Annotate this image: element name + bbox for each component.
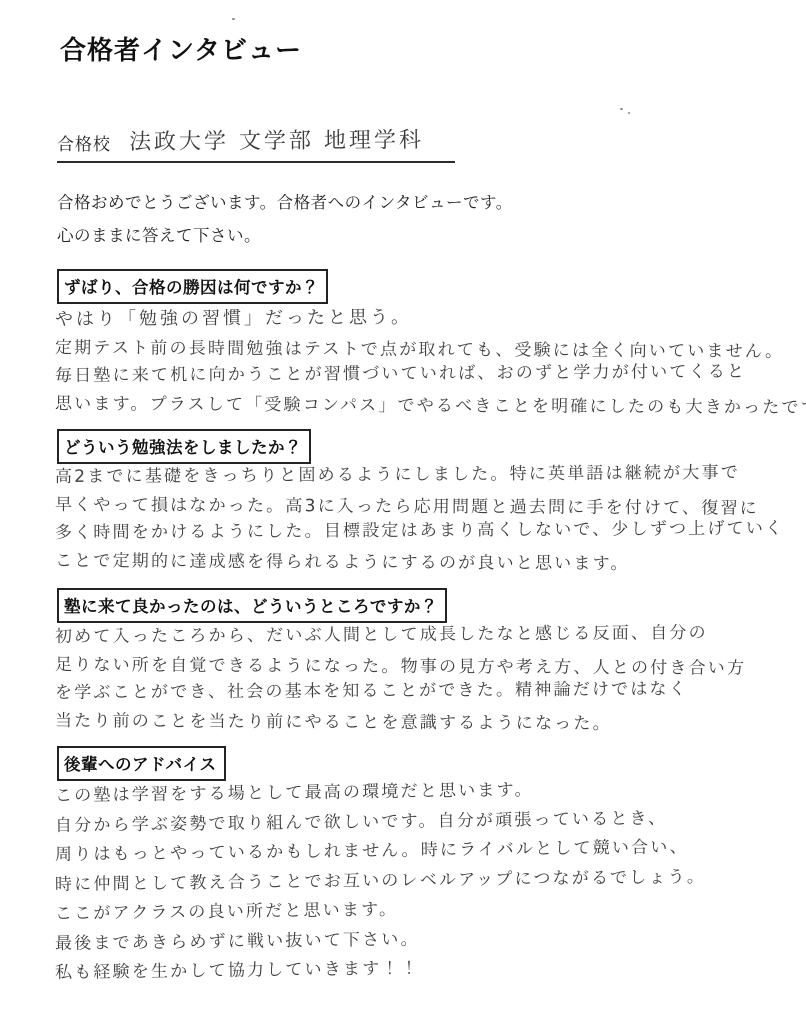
question-box-good-points: 塾に来て良かったのは、どういうところですか？ <box>57 588 447 623</box>
question-box-win-factor: ずばり、合格の勝因は何ですか？ <box>57 269 328 304</box>
answer-good-points: 初めて入ったころから、だいぶ人間として成長したなと感じる反面、自分の 足りない所… <box>55 623 746 735</box>
answer-line: 高2までに基礎をきっちりと固めるようにしました。特に英単語は継続が大事で <box>55 459 784 491</box>
answer-line: 当たり前のことを当たり前にやることを意識するようになった。 <box>55 707 746 739</box>
answer-line: 多く時間をかけるようにした。目標設定はあまり高くしないで、少しずつ上げていく <box>55 515 784 547</box>
intro-text: 合格おめでとうございます。合格者へのインタビューです。 心のままに答えて下さい。 <box>57 186 513 252</box>
scan-speckle <box>628 112 630 114</box>
answer-line: やはり「勉強の習慣」だったと思う。 <box>55 301 806 334</box>
answer-line: を学ぶことができ、社会の基本を知ることができた。精神論だけではなく <box>55 675 746 707</box>
answer-line: 思います。プラスして「受験コンパス」でやるべきことを明確にしたのも大きかったです… <box>55 390 806 422</box>
intro-line-1: 合格おめでとうございます。合格者へのインタビューです。 <box>57 186 513 219</box>
intro-line-2: 心のままに答えて下さい。 <box>57 219 513 252</box>
school-name-handwritten: 法政大学 文学部 地理学科 <box>129 123 424 156</box>
answer-line: ことで定期的に達成感を得られるようにするのが良いと思います。 <box>55 547 784 579</box>
school-label: 合格校 <box>57 135 111 155</box>
answer-win-factor: やはり「勉強の習慣」だったと思う。 定期テスト前の長時間勉強はテストで点が取れて… <box>55 306 806 418</box>
answer-advice: この塾は学習をする場として最高の環境だと思います。 自分から学ぶ姿勢で取り組んで… <box>55 782 706 989</box>
answer-study-method: 高2までに基礎をきっちりと固めるようにしました。特に英単語は継続が大事で 早くや… <box>55 463 784 575</box>
scanned-interview-sheet: 合格者インタビュー 合格校法政大学 文学部 地理学科 合格おめでとうございます。… <box>0 0 806 1022</box>
question-box-advice: 後輩へのアドバイス <box>57 746 226 781</box>
scan-speckle <box>232 18 235 20</box>
answer-line: 初めて入ったころから、だいぶ人間として成長したなと感じる反面、自分の <box>55 619 746 651</box>
answer-line: 毎日塾に来て机に向かうことが習慣づいていれば、おのずと学力が付いてくると <box>55 357 806 390</box>
scan-speckle <box>620 108 623 110</box>
question-box-study-method: どういう勉強法をしましたか？ <box>57 429 311 464</box>
page-title: 合格者インタビュー <box>60 30 302 67</box>
school-row: 合格校法政大学 文学部 地理学科 <box>57 124 455 163</box>
